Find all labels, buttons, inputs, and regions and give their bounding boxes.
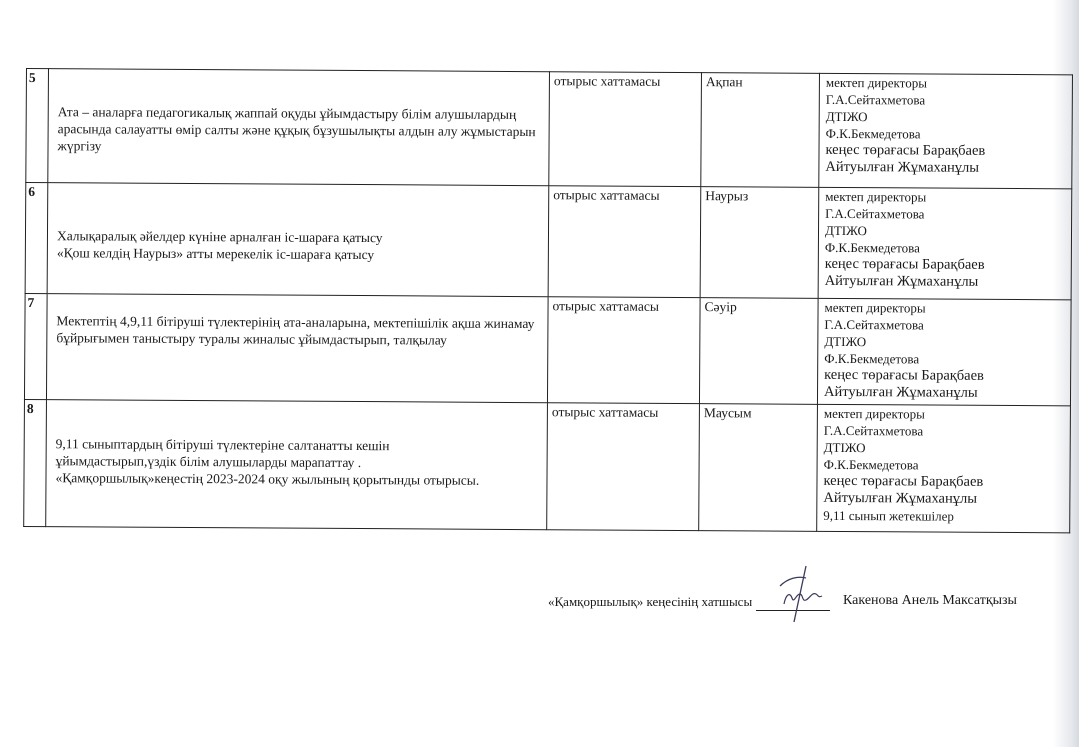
event-description: Мектептің 4,9,11 бітіруші түлектерінің а…	[56, 312, 541, 349]
row-number: 5	[26, 69, 49, 183]
table-row: 7Мектептің 4,9,11 бітіруші түлектерінің …	[24, 293, 1071, 405]
responsible-person-line: мектеп директоры	[826, 74, 1068, 92]
table-row: 6Халықаралық әйелдер күніне арналған іс-…	[25, 183, 1072, 300]
responsible-person-line: Айтуылған Жұмаханұлы	[823, 490, 1065, 508]
deadline-month: Сәуір	[699, 298, 818, 405]
responsible-persons: мектеп директорыГ.А.СейтахметоваДТІЖОФ.К…	[818, 187, 1072, 300]
document-type: отырыс хаттамасы	[549, 72, 702, 187]
responsible-person-line: мектеп директоры	[825, 299, 1067, 317]
event-description-cell: Ата – аналарға педагогикалық жаппай оқуд…	[48, 69, 550, 186]
responsible-person-line: Ф.К.Бекмедетова	[824, 456, 1066, 474]
responsible-person-line: ДТІЖО	[824, 439, 1066, 457]
responsible-person-line: Г.А.Сейтахметова	[826, 91, 1068, 109]
event-description-line: «Қош келдің Наурыз» атты мерекелік іс-ша…	[57, 244, 542, 264]
council-plan-table: 5Ата – аналарға педагогикалық жаппай оқу…	[23, 68, 1073, 533]
responsible-persons: мектеп директорыГ.А.СейтахметоваДТІЖОФ.К…	[819, 73, 1073, 189]
signatory-name: Какенова Анель Максатқызы	[843, 593, 1017, 609]
responsible-person-line: Г.А.Сейтахметова	[825, 205, 1067, 223]
deadline-month: Наурыз	[700, 187, 819, 299]
responsible-persons: мектеп директорыГ.А.СейтахметоваДТІЖОФ.К…	[817, 298, 1071, 406]
responsible-person-line: 9,11 сынып жетекшілер	[823, 507, 1065, 525]
deadline-month: Ақпан	[701, 73, 820, 188]
responsible-person-line: Айтуылған Жұмаханұлы	[825, 159, 1067, 177]
document-type: отырыс хаттамасы	[547, 403, 700, 531]
signature-block: «Қамқоршылық» кеңесінің хатшысы Какенова…	[548, 588, 1048, 628]
event-description: 9,11 сыныптардың бітіруші түлектеріне са…	[55, 435, 540, 489]
responsible-person-line: Ф.К.Бекмедетова	[825, 239, 1067, 257]
responsible-persons: мектеп директорыГ.А.СейтахметоваДТІЖОФ.К…	[817, 404, 1071, 533]
deadline-month: Маусым	[699, 404, 818, 532]
event-description-cell: Халықаралық әйелдер күніне арналған іс-ш…	[47, 183, 549, 297]
document-type: отырыс хаттамасы	[548, 186, 701, 298]
responsible-person-line: кеңес төрағасы Барақбаев	[824, 367, 1066, 385]
table-row: 5Ата – аналарға педагогикалық жаппай оқу…	[26, 69, 1073, 189]
responsible-person-line: кеңес төрағасы Барақбаев	[823, 473, 1065, 491]
document-type: отырыс хаттамасы	[547, 297, 700, 404]
event-description: Ата – аналарға педагогикалық жаппай оқуд…	[57, 103, 542, 157]
row-number: 6	[25, 183, 48, 294]
event-description-line: «Қамқоршылық»кеңестің 2023-2024 оқу жылы…	[55, 469, 540, 489]
event-description-cell: Мектептің 4,9,11 бітіруші түлектерінің а…	[46, 294, 548, 403]
responsible-person-line: Ф.К.Бекмедетова	[824, 350, 1066, 368]
responsible-person-line: ДТІЖО	[825, 222, 1067, 240]
responsible-person-line: Г.А.Сейтахметова	[824, 316, 1066, 334]
plan-table-container: 5Ата – аналарға педагогикалық жаппай оқу…	[23, 68, 1072, 533]
responsible-person-line: ДТІЖО	[824, 333, 1066, 351]
signatory-role: «Қамқоршылық» кеңесінің хатшысы	[548, 594, 752, 610]
handwritten-signature-icon	[770, 564, 830, 624]
table-row: 89,11 сыныптардың бітіруші түлектеріне с…	[24, 399, 1071, 532]
responsible-person-line: ДТІЖО	[826, 108, 1068, 126]
responsible-person-line: Айтуылған Жұмаханұлы	[824, 384, 1066, 402]
responsible-person-line: Айтуылған Жұмаханұлы	[825, 273, 1067, 291]
responsible-person-line: кеңес төрағасы Барақбаев	[825, 256, 1067, 274]
responsible-person-line: Г.А.Сейтахметова	[824, 422, 1066, 440]
event-description: Халықаралық әйелдер күніне арналған іс-ш…	[57, 227, 542, 264]
responsible-person-line: мектеп директоры	[824, 405, 1066, 423]
event-description-cell: 9,11 сыныптардың бітіруші түлектеріне са…	[46, 400, 548, 530]
responsible-person-line: мектеп директоры	[825, 188, 1067, 206]
responsible-person-line: Ф.К.Бекмедетова	[826, 125, 1068, 143]
row-number: 8	[24, 399, 47, 526]
row-number: 7	[24, 293, 47, 399]
responsible-person-line: кеңес төрағасы Барақбаев	[825, 142, 1067, 160]
